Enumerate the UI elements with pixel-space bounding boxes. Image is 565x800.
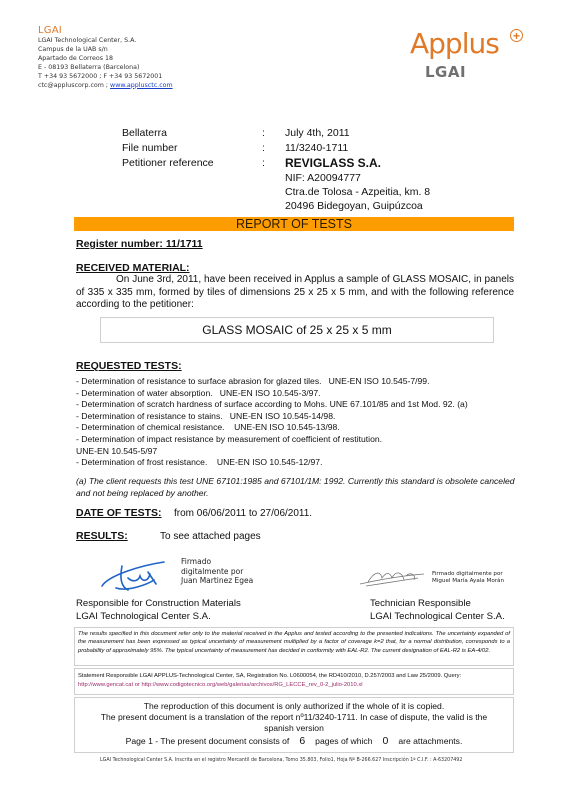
info-colon: : [262, 127, 265, 140]
test-item: - Determination of resistance to surface… [76, 376, 526, 388]
date-of-tests-value: from 06/06/2011 to 27/06/2011. [174, 508, 312, 521]
test-item: - Determination of impact resistance by … [76, 434, 526, 446]
info-label-file: File number [122, 142, 177, 155]
repro-line-2: The present document is a translation of… [75, 712, 513, 734]
reference-box: GLASS MOSAIC of 25 x 25 x 5 mm [100, 317, 494, 343]
signed-line: Miguel María Ayala Morán [432, 578, 504, 585]
received-material-heading: RECEIVED MATERIAL: [76, 262, 190, 274]
reproduction-notice: The reproduction of this document is onl… [74, 697, 514, 753]
requested-tests-note: (a) The client requests this test UNE 67… [76, 476, 516, 499]
requested-tests-heading: REQUESTED TESTS: [76, 360, 182, 372]
repro-line-1: The reproduction of this document is onl… [75, 701, 513, 712]
company-address: LGAI Technological Center, S.A. Campus d… [38, 37, 173, 90]
address-line: Campus de la UAB s/n [38, 46, 173, 55]
test-item: UNE-EN 10.545-5/97 [76, 446, 526, 458]
right-signatory: Technician Responsible LGAI Technologica… [370, 597, 505, 623]
info-label-petitioner: Petitioner reference [122, 157, 214, 170]
signature-juan-icon [98, 556, 170, 596]
petitioner-city: 20496 Bidegoyan, Guipúzcoa [285, 200, 423, 213]
plus-circle-icon: + [510, 29, 523, 42]
contact-line: ctc@appluscorp.com ; www.applusctc.com [38, 82, 173, 91]
applus-logo: Applus [410, 30, 499, 58]
info-colon: : [262, 142, 265, 155]
petitioner-nif: NIF: A20094777 [285, 172, 361, 185]
logo-letter-a: A [410, 27, 428, 60]
signed-line: digitalmente por [181, 567, 253, 577]
registration-statement: Statement Responsible LGAI APPLUS-Techno… [74, 668, 514, 695]
petitioner-address: Ctra.de Tolosa - Azpeitia, km. 8 [285, 186, 430, 199]
website-link[interactable]: www.applusctc.com [110, 82, 173, 89]
test-item: - Determination of resistance to stains.… [76, 411, 526, 423]
info-label-place: Bellaterra [122, 127, 167, 140]
left-signed-by: Firmado digitalmente por Juan Martinez E… [181, 557, 253, 586]
test-item: - Determination of frost resistance. UNE… [76, 457, 526, 469]
received-material-text: On June 3rd, 2011, have been received in… [76, 274, 514, 312]
date-of-tests-heading: DATE OF TESTS: [76, 507, 162, 519]
signed-line: Juan Martinez Egea [181, 576, 253, 586]
signed-line: Firmado digitalmente por [432, 571, 504, 578]
info-petitioner: REVIGLASS S.A. [285, 157, 381, 170]
right-org: LGAI Technological Center S.A. [370, 610, 505, 623]
statement-link[interactable]: http://www.gencat.cat or http://www.codi… [78, 681, 510, 690]
info-colon: : [262, 157, 265, 170]
left-signatory: Responsible for Construction Materials L… [76, 597, 241, 623]
address-line: E - 08193 Bellaterra (Barcelona) [38, 64, 173, 73]
logo-sub: LGAI [425, 63, 466, 81]
address-line: T +34 93 5672000 ; F +34 93 5672001 [38, 73, 173, 82]
test-item: - Determination of chemical resistance. … [76, 422, 526, 434]
info-file-number: 11/3240-1711 [285, 142, 348, 155]
uncertainty-disclaimer: The results specified in this document r… [74, 627, 514, 666]
test-item: - Determination of water absorption. UNE… [76, 388, 526, 400]
page-mid: pages of which [315, 736, 372, 746]
address-line: Apartado de Correos 18 [38, 55, 173, 64]
signed-line: Firmado [181, 557, 253, 567]
logo-text: pplus [428, 27, 499, 60]
results-value: To see attached pages [160, 531, 261, 544]
page-total: 6 [289, 735, 315, 747]
email-text: ctc@appluscorp.com [38, 82, 104, 89]
page-count-line: Page 1 - The present document consists o… [75, 736, 513, 747]
register-number: Register number: 11/1711 [76, 238, 203, 250]
header-brand: LGAI [38, 25, 62, 36]
results-heading: RESULTS: [76, 530, 128, 542]
test-item: - Determination of scratch hardness of s… [76, 399, 526, 411]
requested-tests-list: - Determination of resistance to surface… [76, 376, 526, 469]
left-org: LGAI Technological Center S.A. [76, 610, 241, 623]
right-role: Technician Responsible [370, 597, 505, 610]
attachment-count: 0 [373, 735, 399, 747]
signature-miguel-icon [358, 566, 426, 588]
address-line: LGAI Technological Center, S.A. [38, 37, 173, 46]
page-suffix: are attachments. [398, 736, 462, 746]
legal-footer: LGAI Technological Center S.A. Inscrita … [100, 758, 462, 763]
report-title-banner: REPORT OF TESTS [74, 217, 514, 231]
left-role: Responsible for Construction Materials [76, 597, 241, 610]
page-prefix: Page 1 - The present document consists o… [126, 736, 290, 746]
info-date: July 4th, 2011 [285, 127, 350, 140]
statement-text: Statement Responsible LGAI APPLUS-Techno… [78, 672, 510, 681]
right-signed-by: Firmado digitalmente por Miguel María Ay… [432, 571, 504, 585]
